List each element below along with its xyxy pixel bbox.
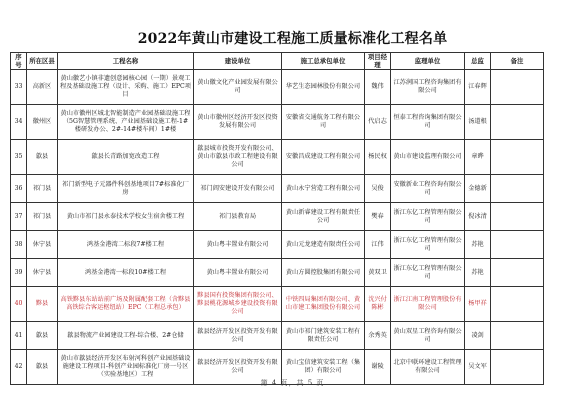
cell-owner: 黄山市徽州区经济开发区投资发展有限公司 (194, 105, 282, 140)
cell-chief: 章晔 (465, 140, 491, 175)
cell-district: 休宁县 (27, 259, 58, 287)
cell-no: 38 (11, 231, 27, 259)
cell-no: 33 (11, 70, 27, 105)
cell-project: 歙县物流产业园建设工程-综合楼、2#仓储 (58, 322, 194, 350)
cell-remark (491, 287, 544, 322)
header-manager: 项目经理 (365, 53, 391, 70)
cell-contractor: 中铁四局集团有限公司、黄山市建工集团股份有限公司 (282, 287, 365, 322)
cell-project: 祁门新型电子元器件科创基地项目7#标准化厂房 (58, 175, 194, 203)
cell-supervisor: 江苏润国工程咨询集团有限公司 (391, 70, 465, 105)
cell-district: 祁门县 (27, 175, 58, 203)
cell-supervisor: 浙江东亿工程管理有限公司 (391, 259, 465, 287)
cell-supervisor: 浙江东亿工程管理有限公司 (391, 203, 465, 231)
cell-owner: 黟县国有投资集团有限公司、黟县桃花源城乡建设投资有限公司 (194, 287, 282, 322)
cell-project: 黄山徽艺小镇非遗创意园核心园（一期）景观工程及基础设施工程（设计、采购、施工）E… (58, 70, 194, 105)
cell-district: 徽州区 (27, 105, 58, 140)
cell-district: 高新区 (27, 70, 58, 105)
cell-owner: 歙县经济开发区投资开发有限公司 (194, 322, 282, 350)
cell-chief: 倪冰清 (465, 203, 491, 231)
cell-no: 40 (11, 287, 27, 322)
cell-contractor: 安徽省交通航务工程有限公司 (282, 105, 365, 140)
cell-manager: 余秀英 (365, 322, 391, 350)
cell-contractor: 华艺生态园林股份有限公司 (282, 70, 365, 105)
cell-remark (491, 140, 544, 175)
cell-manager: 吴俊 (365, 175, 391, 203)
cell-project: 鸿基金港湾一标段10#楼工程 (58, 259, 194, 287)
cell-supervisor: 黄山双星工程咨询有限公司 (391, 322, 465, 350)
cell-no: 41 (11, 322, 27, 350)
header-contractor: 施工总承包单位 (282, 53, 365, 70)
document-title: 2022年黄山市建设工程施工质量标准化工程名单 (0, 28, 585, 48)
cell-remark (491, 259, 544, 287)
table-row: 34 徽州区 黄山市徽州区城北智能制造产业园基础设施工程（5G智慧管理系统、产业… (11, 105, 544, 140)
cell-project: 鸿基金港湾二标段7#楼工程 (58, 231, 194, 259)
cell-chief: 凌剑 (465, 322, 491, 350)
table-row: 37 祁门县 黄山市祁门县永泰技术学校女生宿舍楼工程 祁门县教育局 黄山新睿建设… (11, 203, 544, 231)
cell-manager: 沈兴付陈彬 (365, 287, 391, 322)
cell-manager: 樊春 (365, 203, 391, 231)
cell-chief: 汤道根 (465, 105, 491, 140)
cell-owner: 黄山粤丰置业有限公司 (194, 259, 282, 287)
header-no: 序号 (11, 53, 27, 70)
cell-chief: 金德新 (465, 175, 491, 203)
cell-project: 黄山市祁门县永泰技术学校女生宿舍楼工程 (58, 203, 194, 231)
cell-contractor: 黄山元龙建造有限责任公司 (282, 231, 365, 259)
cell-chief: 苏艳 (465, 231, 491, 259)
table-row: 35 歙县 歙县长青路加宽改造工程 歙县城市投资开发有限公司、黄山市歙县市政工程… (11, 140, 544, 175)
cell-manager: 黄双卫 (365, 259, 391, 287)
cell-supervisor: 浙江江南工程管理股份有限公司 (391, 287, 465, 322)
cell-no: 34 (11, 105, 27, 140)
header-project: 工程名称 (58, 53, 194, 70)
cell-contractor: 黄山市祁门建筑安装工程有限责任公司 (282, 322, 365, 350)
cell-no: 37 (11, 203, 27, 231)
cell-owner: 黄山粤丰置业有限公司 (194, 231, 282, 259)
cell-contractor: 安徽昌成建设工程有限公司 (282, 140, 365, 175)
cell-project: 高铁黟县东站站前广场及附属配套工程（含黟县高铁综合客运枢纽站）EPC（工程总承包… (58, 287, 194, 322)
cell-supervisor: 浙江东亿工程管理有限公司 (391, 231, 465, 259)
cell-supervisor: 恒泰工程咨询集团有限公司 (391, 105, 465, 140)
cell-no: 39 (11, 259, 27, 287)
table-row-highlighted: 40 黟县 高铁黟县东站站前广场及附属配套工程（含黟县高铁综合客运枢纽站）EPC… (11, 287, 544, 322)
table-header-row: 序号 所在区县 工程名称 建设单位 施工总承包单位 项目经理 监理单位 总监 备… (11, 53, 544, 70)
cell-chief: 苏艳 (465, 259, 491, 287)
cell-contractor: 黄山新睿建设工程有限责任公司 (282, 203, 365, 231)
cell-supervisor: 黄山市建设监理有限公司 (391, 140, 465, 175)
cell-district: 祁门县 (27, 203, 58, 231)
cell-manager: 江伟 (365, 231, 391, 259)
table-row: 39 休宁县 鸿基金港湾一标段10#楼工程 黄山粤丰置业有限公司 黄山方圆控股集… (11, 259, 544, 287)
cell-no: 36 (11, 175, 27, 203)
cell-supervisor: 安徽新业工程咨询有限公司 (391, 175, 465, 203)
cell-project: 歙县长青路加宽改造工程 (58, 140, 194, 175)
cell-district: 黟县 (27, 287, 58, 322)
cell-contractor: 黄山永宁营造工程有限公司 (282, 175, 365, 203)
cell-district: 休宁县 (27, 231, 58, 259)
cell-remark (491, 175, 544, 203)
header-owner: 建设单位 (194, 53, 282, 70)
header-supervisor: 监理单位 (391, 53, 465, 70)
cell-chief: 江春辉 (465, 70, 491, 105)
cell-project: 黄山市徽州区城北智能制造产业园基础设施工程（5G智慧管理系统、产业园基础设施工程… (58, 105, 194, 140)
header-remark: 备注 (491, 53, 544, 70)
cell-remark (491, 322, 544, 350)
header-chief: 总监 (465, 53, 491, 70)
cell-remark (491, 231, 544, 259)
cell-district: 歙县 (27, 140, 58, 175)
cell-owner: 祁门县教育局 (194, 203, 282, 231)
cell-owner: 祁门阊安建设开发有限公司 (194, 175, 282, 203)
cell-manager: 魏伟 (365, 70, 391, 105)
cell-chief: 杨甲祥 (465, 287, 491, 322)
header-district: 所在区县 (27, 53, 58, 70)
page-indicator: 第 4 页，共 5 页 (0, 378, 585, 388)
table-row: 36 祁门县 祁门新型电子元器件科创基地项目7#标准化厂房 祁门阊安建设开发有限… (11, 175, 544, 203)
table-row: 33 高新区 黄山徽艺小镇非遗创意园核心园（一期）景观工程及基础设施工程（设计、… (11, 70, 544, 105)
cell-remark (491, 203, 544, 231)
project-table: 序号 所在区县 工程名称 建设单位 施工总承包单位 项目经理 监理单位 总监 备… (10, 52, 544, 385)
cell-owner: 黄山徽文化产业园发展有限公司 (194, 70, 282, 105)
table-row: 41 歙县 歙县物流产业园建设工程-综合楼、2#仓储 歙县经济开发区投资开发有限… (11, 322, 544, 350)
cell-owner: 歙县城市投资开发有限公司、黄山市歙县市政工程建设有限公司 (194, 140, 282, 175)
cell-contractor: 黄山方圆控股集团有限公司 (282, 259, 365, 287)
cell-manager: 杨民权 (365, 140, 391, 175)
cell-remark (491, 105, 544, 140)
table-row: 38 休宁县 鸿基金港湾二标段7#楼工程 黄山粤丰置业有限公司 黄山元龙建造有限… (11, 231, 544, 259)
cell-manager: 代启志 (365, 105, 391, 140)
cell-district: 歙县 (27, 322, 58, 350)
cell-remark (491, 70, 544, 105)
cell-no: 35 (11, 140, 27, 175)
